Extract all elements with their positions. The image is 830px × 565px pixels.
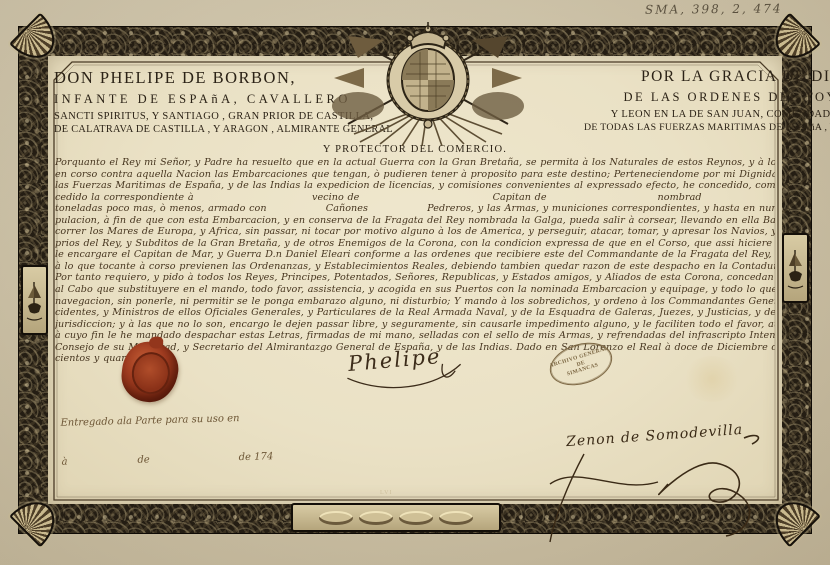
body-line: al Cabo que substituyere en el mando, to… (55, 284, 775, 296)
body-line: toneladas poco mas, ò menos, armado con … (55, 203, 775, 215)
body-line: Porquanto el Rey mi Señor, y Padre ha re… (55, 157, 775, 169)
body-line: las Fuerzas Maritimas de España, y de la… (55, 180, 775, 192)
body-line: cidentes, y Ministros de ellos Oficiales… (55, 307, 775, 319)
patent-body-text: Porquanto el Rey mi Señor, y Padre ha re… (55, 157, 775, 365)
title-right-column: POR LA GRACIA DE DIOS, DE LAS ORDENES DE… (584, 68, 830, 133)
body-line: prios del Rey, y Subditos de la Gran Bre… (55, 238, 775, 250)
grantor-title-line: Y LEON EN LA DE SAN JUAN, COMENDADOR MAY… (584, 109, 830, 120)
royal-arms-trophy (318, 14, 538, 146)
grantor-title-line: DE LAS ORDENES DEL TOYSON, (584, 90, 830, 105)
body-line: navegacion, sin ponerle, ni permitir se … (55, 296, 775, 308)
body-line: pulacion, à fin de que con esta Embarcac… (55, 215, 775, 227)
plate-mark: LVI (380, 490, 392, 496)
figures-vignette (291, 503, 501, 532)
ship-vignette-icon (21, 265, 48, 335)
issue-note-line: à de de 174 (61, 450, 273, 469)
document-scan: SMA, 398, 2, 474 (0, 0, 830, 565)
signature-secretary: Zenon de Somodevilla (548, 424, 798, 564)
issue-annotation: Entregado ala Parte para su uso en à de … (60, 385, 274, 495)
body-line: correr los Mares de Europa, y Africa, si… (55, 226, 775, 238)
grantor-title-line: POR LA GRACIA DE DIOS, (584, 68, 830, 86)
body-line: le encargare el Capitan de Mar, y Guerra… (55, 249, 775, 261)
body-line: Por tanto requiero, y pido à todos los R… (55, 272, 775, 284)
issue-note-line: Entregado ala Parte para su uso en (60, 411, 272, 430)
body-line: jurisdiccion; y à las que no lo son, enc… (55, 319, 775, 331)
body-line: en corso contra aquella Nacion las Embar… (55, 169, 775, 181)
grantor-title-line: DE TODAS LAS FUERZAS MARITIMAS DE ESPAñA… (584, 122, 830, 133)
body-line: cedido la correspondiente à vecino de Ca… (55, 192, 775, 204)
signature-rubric (548, 424, 798, 564)
body-line: à lo que tocante à corso previenen las O… (55, 261, 775, 273)
ship-vignette-icon (782, 233, 809, 303)
